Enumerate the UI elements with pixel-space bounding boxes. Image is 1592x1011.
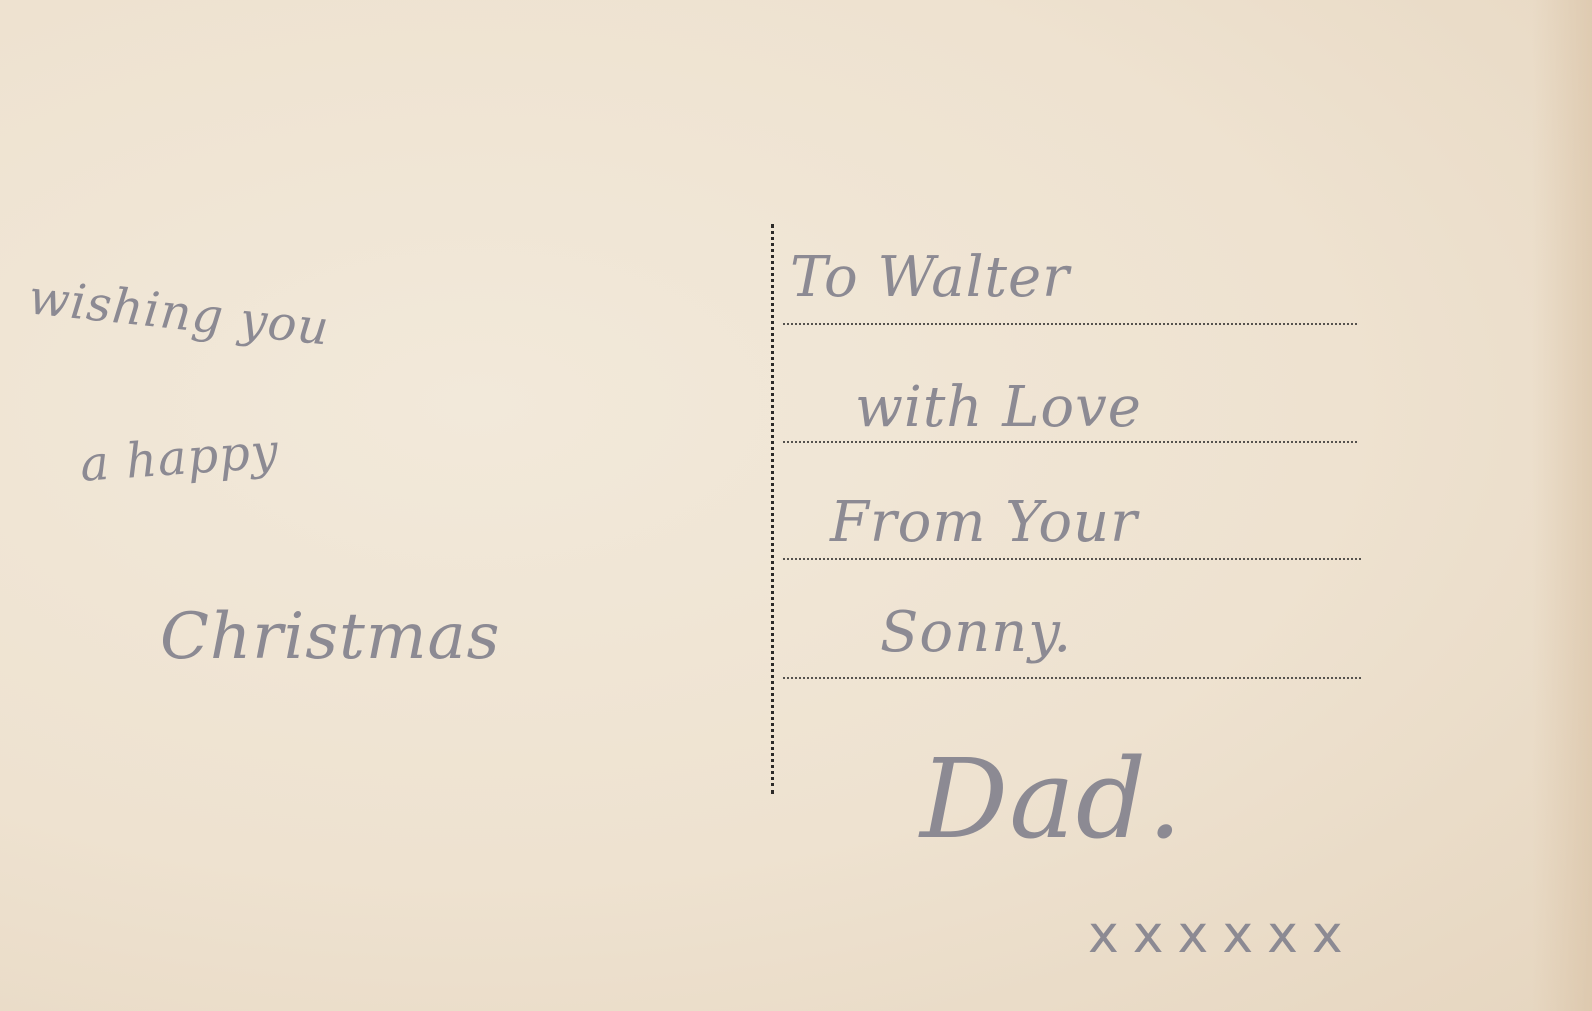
signature: Dad. bbox=[920, 735, 1183, 863]
address-text-4: Sonny. bbox=[880, 600, 1072, 665]
address-line-2 bbox=[783, 441, 1357, 443]
message-line-2: a happy bbox=[78, 423, 280, 493]
address-line-4 bbox=[783, 677, 1361, 679]
address-text-3: From Your bbox=[830, 490, 1138, 555]
address-line-1 bbox=[783, 323, 1357, 325]
address-text-2: with Love bbox=[855, 375, 1142, 440]
printed-divider-line bbox=[771, 224, 774, 794]
address-text-1: To Walter bbox=[790, 245, 1070, 310]
message-line-1: wishing you bbox=[26, 269, 332, 356]
postcard-back: wishing you a happy Christmas To Walter … bbox=[0, 0, 1592, 1011]
paper-edge-shading bbox=[1532, 0, 1592, 1011]
kisses: xxxxxx bbox=[1088, 905, 1357, 965]
message-line-3: Christmas bbox=[160, 600, 501, 674]
address-line-3 bbox=[783, 558, 1361, 560]
